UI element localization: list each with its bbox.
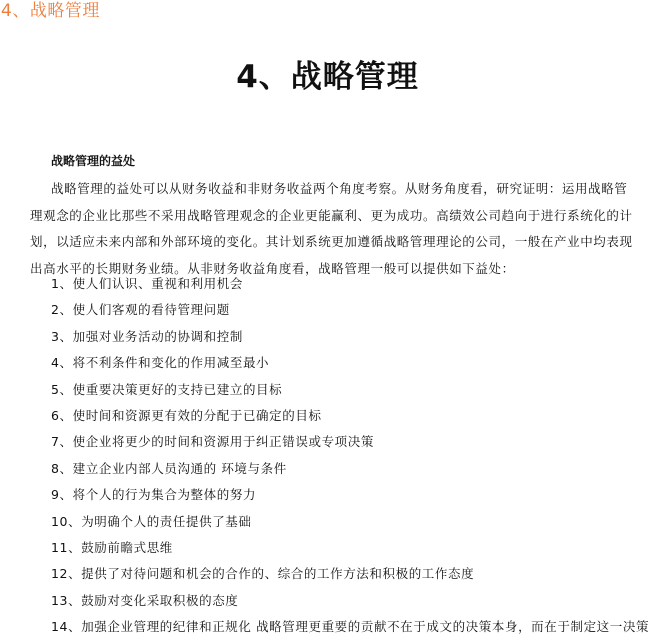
- list-item: 14、加强企业管理的纪律和正规化 战略管理更重要的贡献不在于成文的决策本身，而在…: [51, 614, 649, 637]
- list-item: 13、鼓励对变化采取积极的态度: [51, 588, 649, 614]
- list-item: 6、使时间和资源更有效的分配于已确定的目标: [51, 403, 649, 429]
- list-item: 7、使企业将更少的时间和资源用于纠正错误或专项决策: [51, 429, 649, 455]
- list-item: 2、使人们客观的看待管理问题: [51, 297, 649, 323]
- list-item: 4、将不利条件和变化的作用减至最小: [51, 350, 649, 376]
- list-item: 5、使重要决策更好的支持已建立的目标: [51, 377, 649, 403]
- list-item: 12、提供了对待问题和机会的合作的、综合的工作方法和积极的工作态度: [51, 561, 649, 587]
- list-item: 11、鼓励前瞻式思维: [51, 535, 649, 561]
- list-item: 10、为明确个人的责任提供了基础: [51, 509, 649, 535]
- list-item: 8、建立企业内部人员沟通的 环境与条件: [51, 456, 649, 482]
- benefits-list: 1、使人们认识、重视和利用机会 2、使人们客观的看待管理问题 3、加强对业务活动…: [51, 271, 649, 637]
- section-label: 4、战略管理: [1, 0, 100, 22]
- document-title: 4、战略管理: [0, 55, 655, 99]
- subheading-benefits: 战略管理的益处: [51, 152, 135, 170]
- list-item: 1、使人们认识、重视和利用机会: [51, 271, 649, 297]
- list-item: 9、将个人的行为集合为整体的努力: [51, 482, 649, 508]
- intro-paragraph: 战略管理的益处可以从财务收益和非财务收益两个角度考察。从财务角度看，研究证明：运…: [30, 176, 635, 282]
- list-item: 3、加强对业务活动的协调和控制: [51, 324, 649, 350]
